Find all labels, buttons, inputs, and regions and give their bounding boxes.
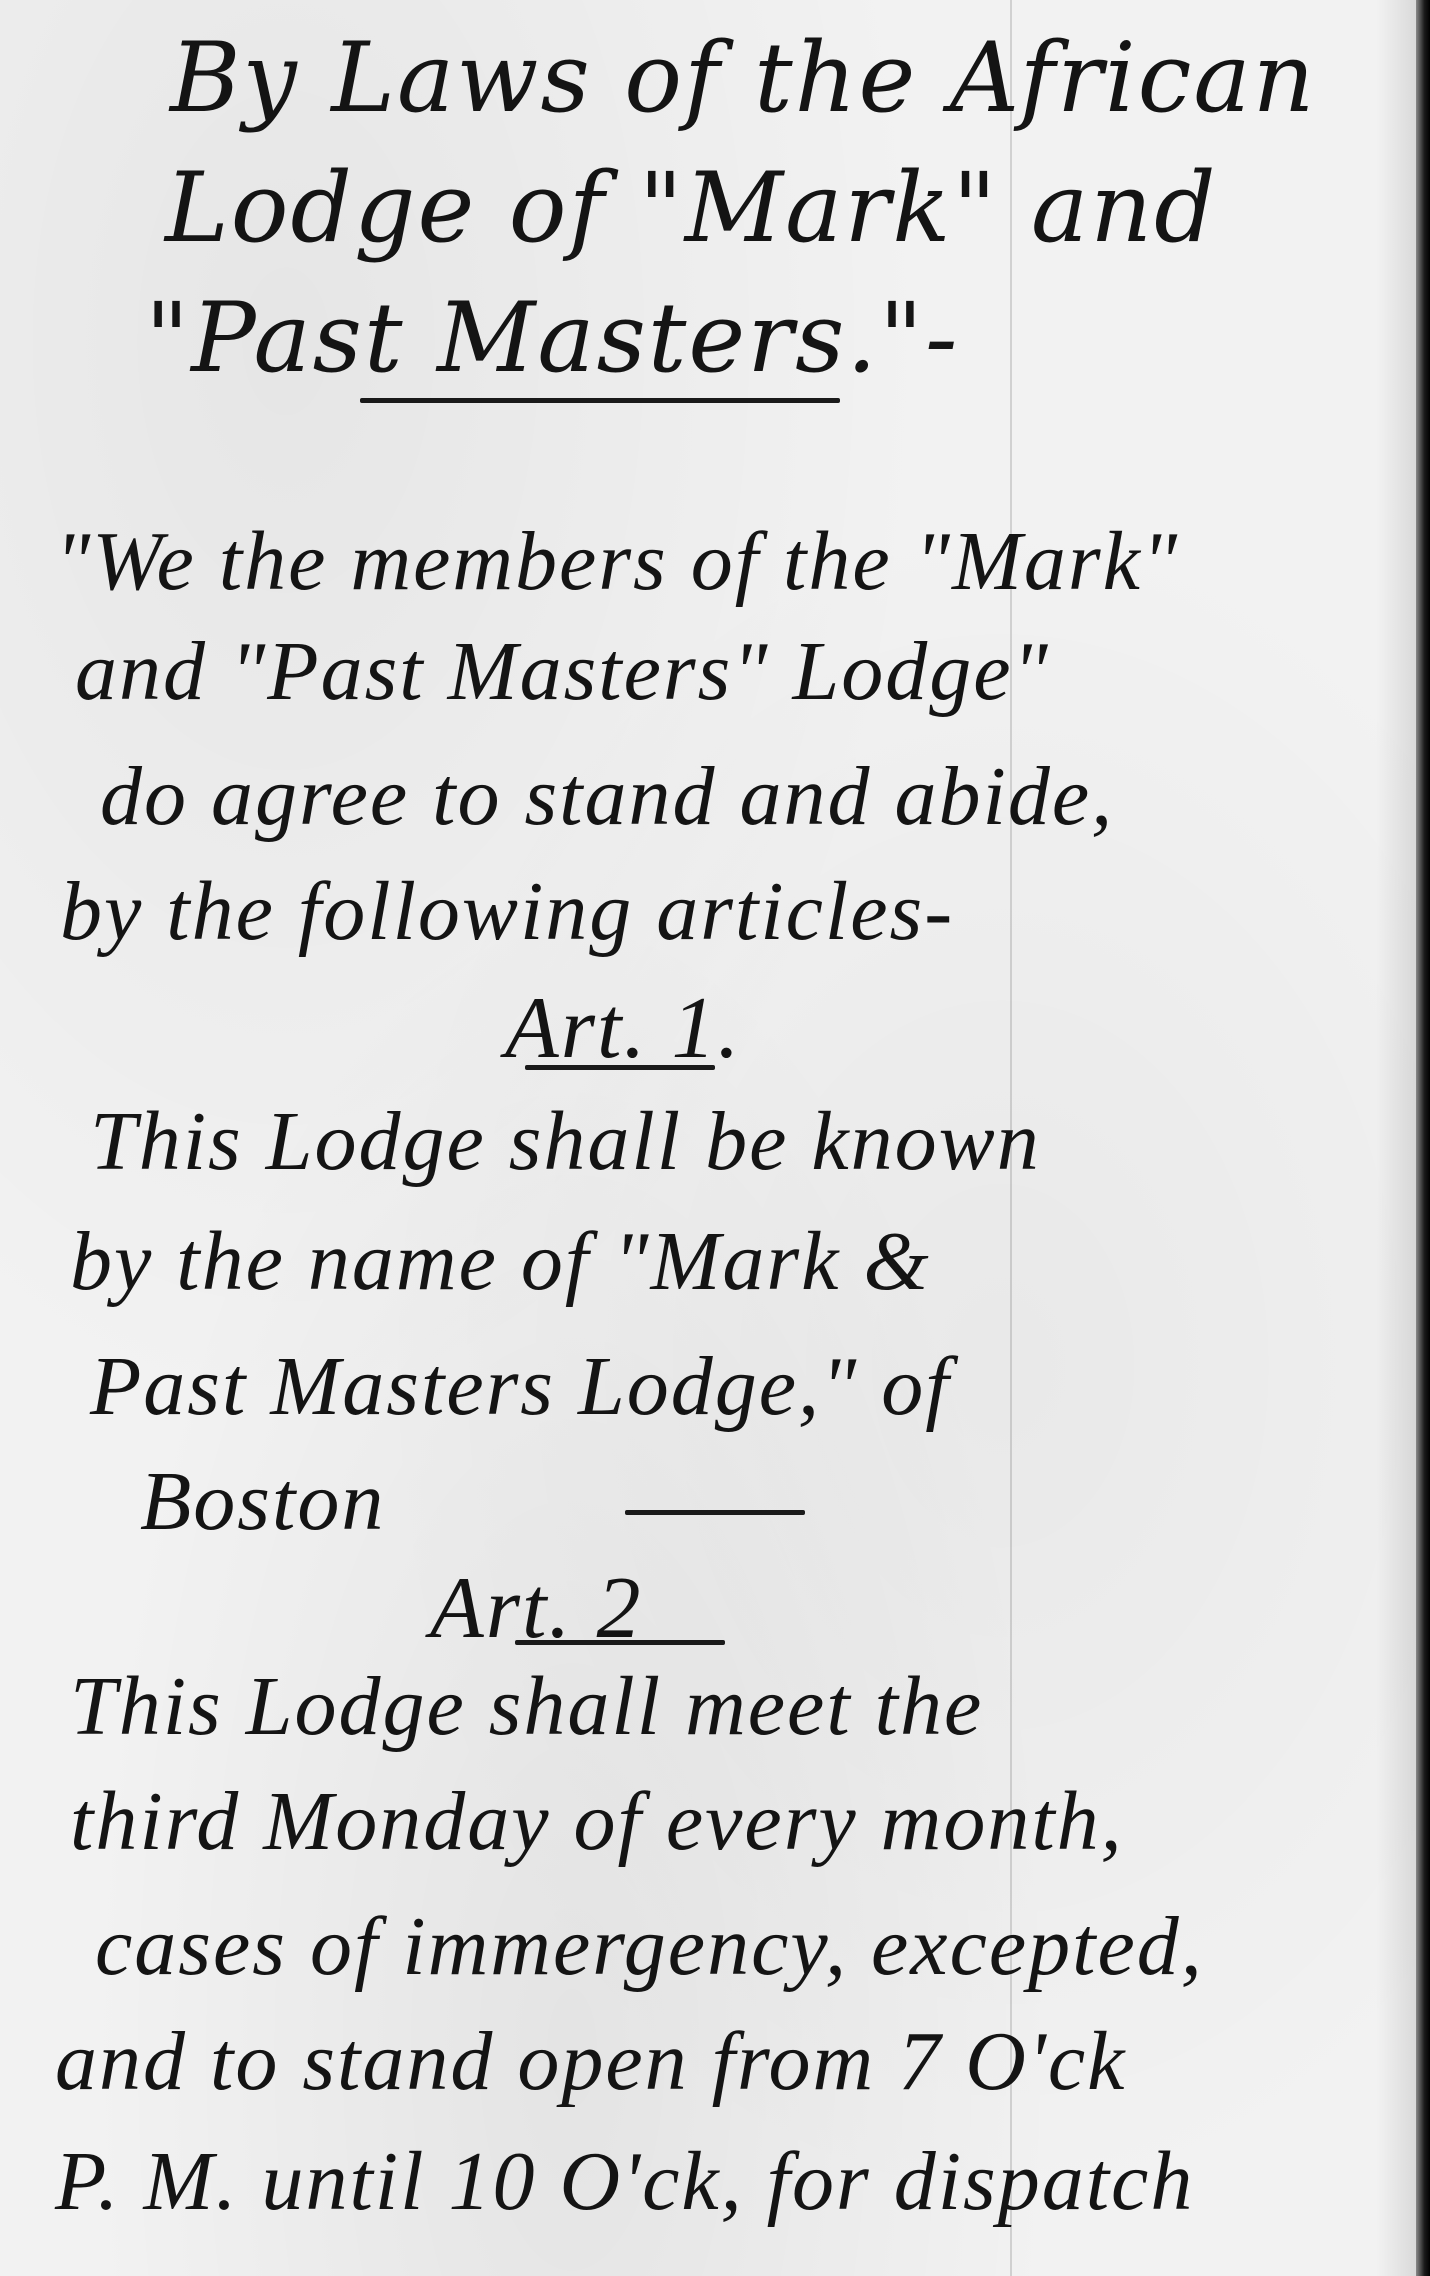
article-1-underline — [525, 1065, 715, 1070]
title-line-3: "Past Masters."- — [145, 290, 959, 386]
article-2-line-3: cases of immergency, excepted, — [95, 1905, 1204, 1989]
preamble-line-4: by the following articles- — [60, 870, 954, 954]
article-1-heading: Art. 1. — [505, 985, 741, 1073]
article-2-line-1: This Lodge shall meet the — [70, 1665, 983, 1749]
article-1-line-2: by the name of "Mark & — [70, 1220, 931, 1304]
title-underline — [360, 398, 840, 403]
boston-underline — [625, 1510, 805, 1515]
preamble-line-1: "We the members of the "Mark" — [55, 520, 1179, 604]
preamble-line-3: do agree to stand and abide, — [100, 755, 1114, 839]
article-2-line-5: P. M. until 10 O'ck, for dispatch — [55, 2140, 1194, 2224]
article-1-line-4: Boston — [140, 1460, 385, 1544]
preamble-line-2: and "Past Masters" Lodge" — [75, 630, 1050, 714]
manuscript-page: By Laws of the African Lodge of "Mark" a… — [0, 0, 1430, 2276]
binding-shadow — [1376, 0, 1416, 2276]
title-line-1: By Laws of the African — [170, 30, 1316, 126]
article-2-line-4: and to stand open from 7 O'ck — [55, 2020, 1126, 2104]
article-1-line-1: This Lodge shall be known — [90, 1100, 1041, 1184]
title-line-2: Lodge of "Mark" and — [165, 160, 1218, 256]
article-2-line-2: third Monday of every month, — [70, 1780, 1124, 1864]
article-1-line-3: Past Masters Lodge," of — [90, 1345, 951, 1429]
article-2-underline — [515, 1640, 725, 1645]
binding-edge — [1416, 0, 1430, 2276]
